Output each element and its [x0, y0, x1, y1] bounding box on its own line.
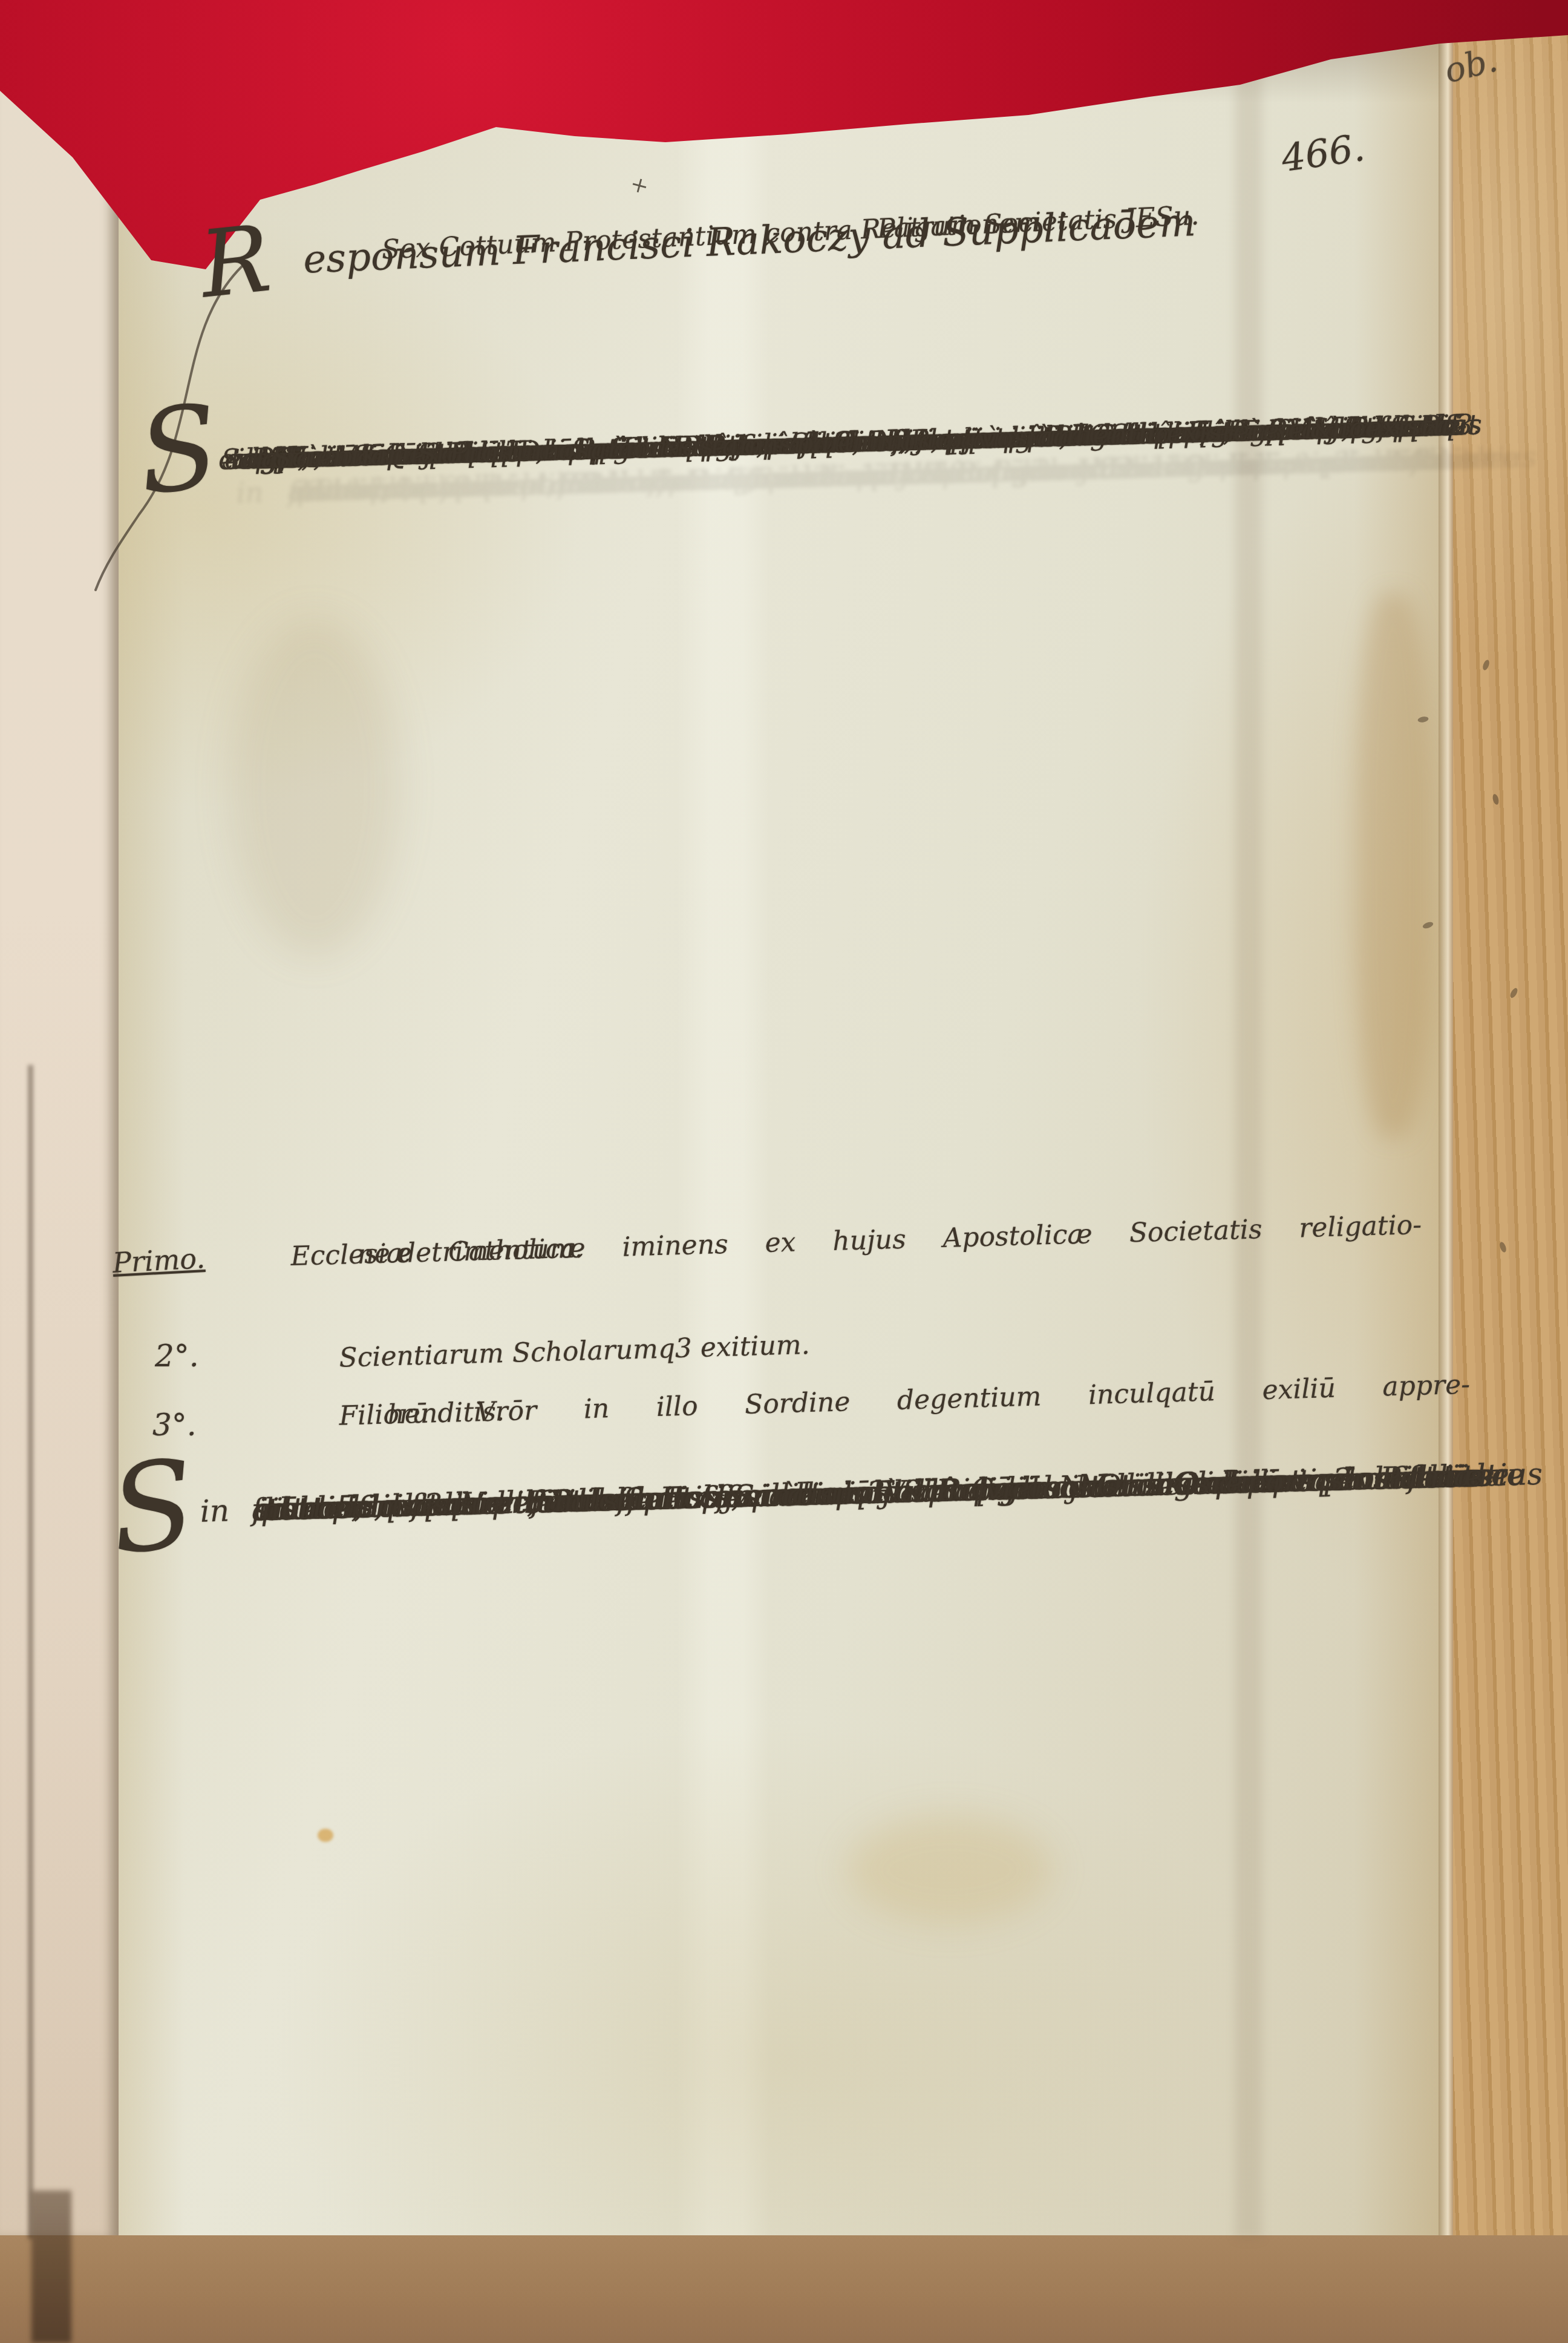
table-surface	[0, 2235, 1568, 2343]
ochre-spot	[318, 1829, 333, 1842]
margin-label-secundo: 2°.	[155, 1339, 199, 1374]
fold-crease	[1235, 24, 1262, 2239]
manuscript-photo: in autem qvoad Primum supra instillata a…	[0, 0, 1568, 2343]
paper-stain	[1354, 593, 1432, 1138]
paper-stain	[847, 1815, 1053, 1924]
book-fore-edge	[1453, 0, 1568, 2343]
spine-crease-line	[28, 1065, 33, 2239]
paragraph2-drop-cap: S	[106, 1455, 199, 1560]
margin-label-primo: Primo.	[112, 1242, 206, 1279]
spine-shadow	[31, 2191, 71, 2343]
paper-stain	[230, 617, 399, 956]
